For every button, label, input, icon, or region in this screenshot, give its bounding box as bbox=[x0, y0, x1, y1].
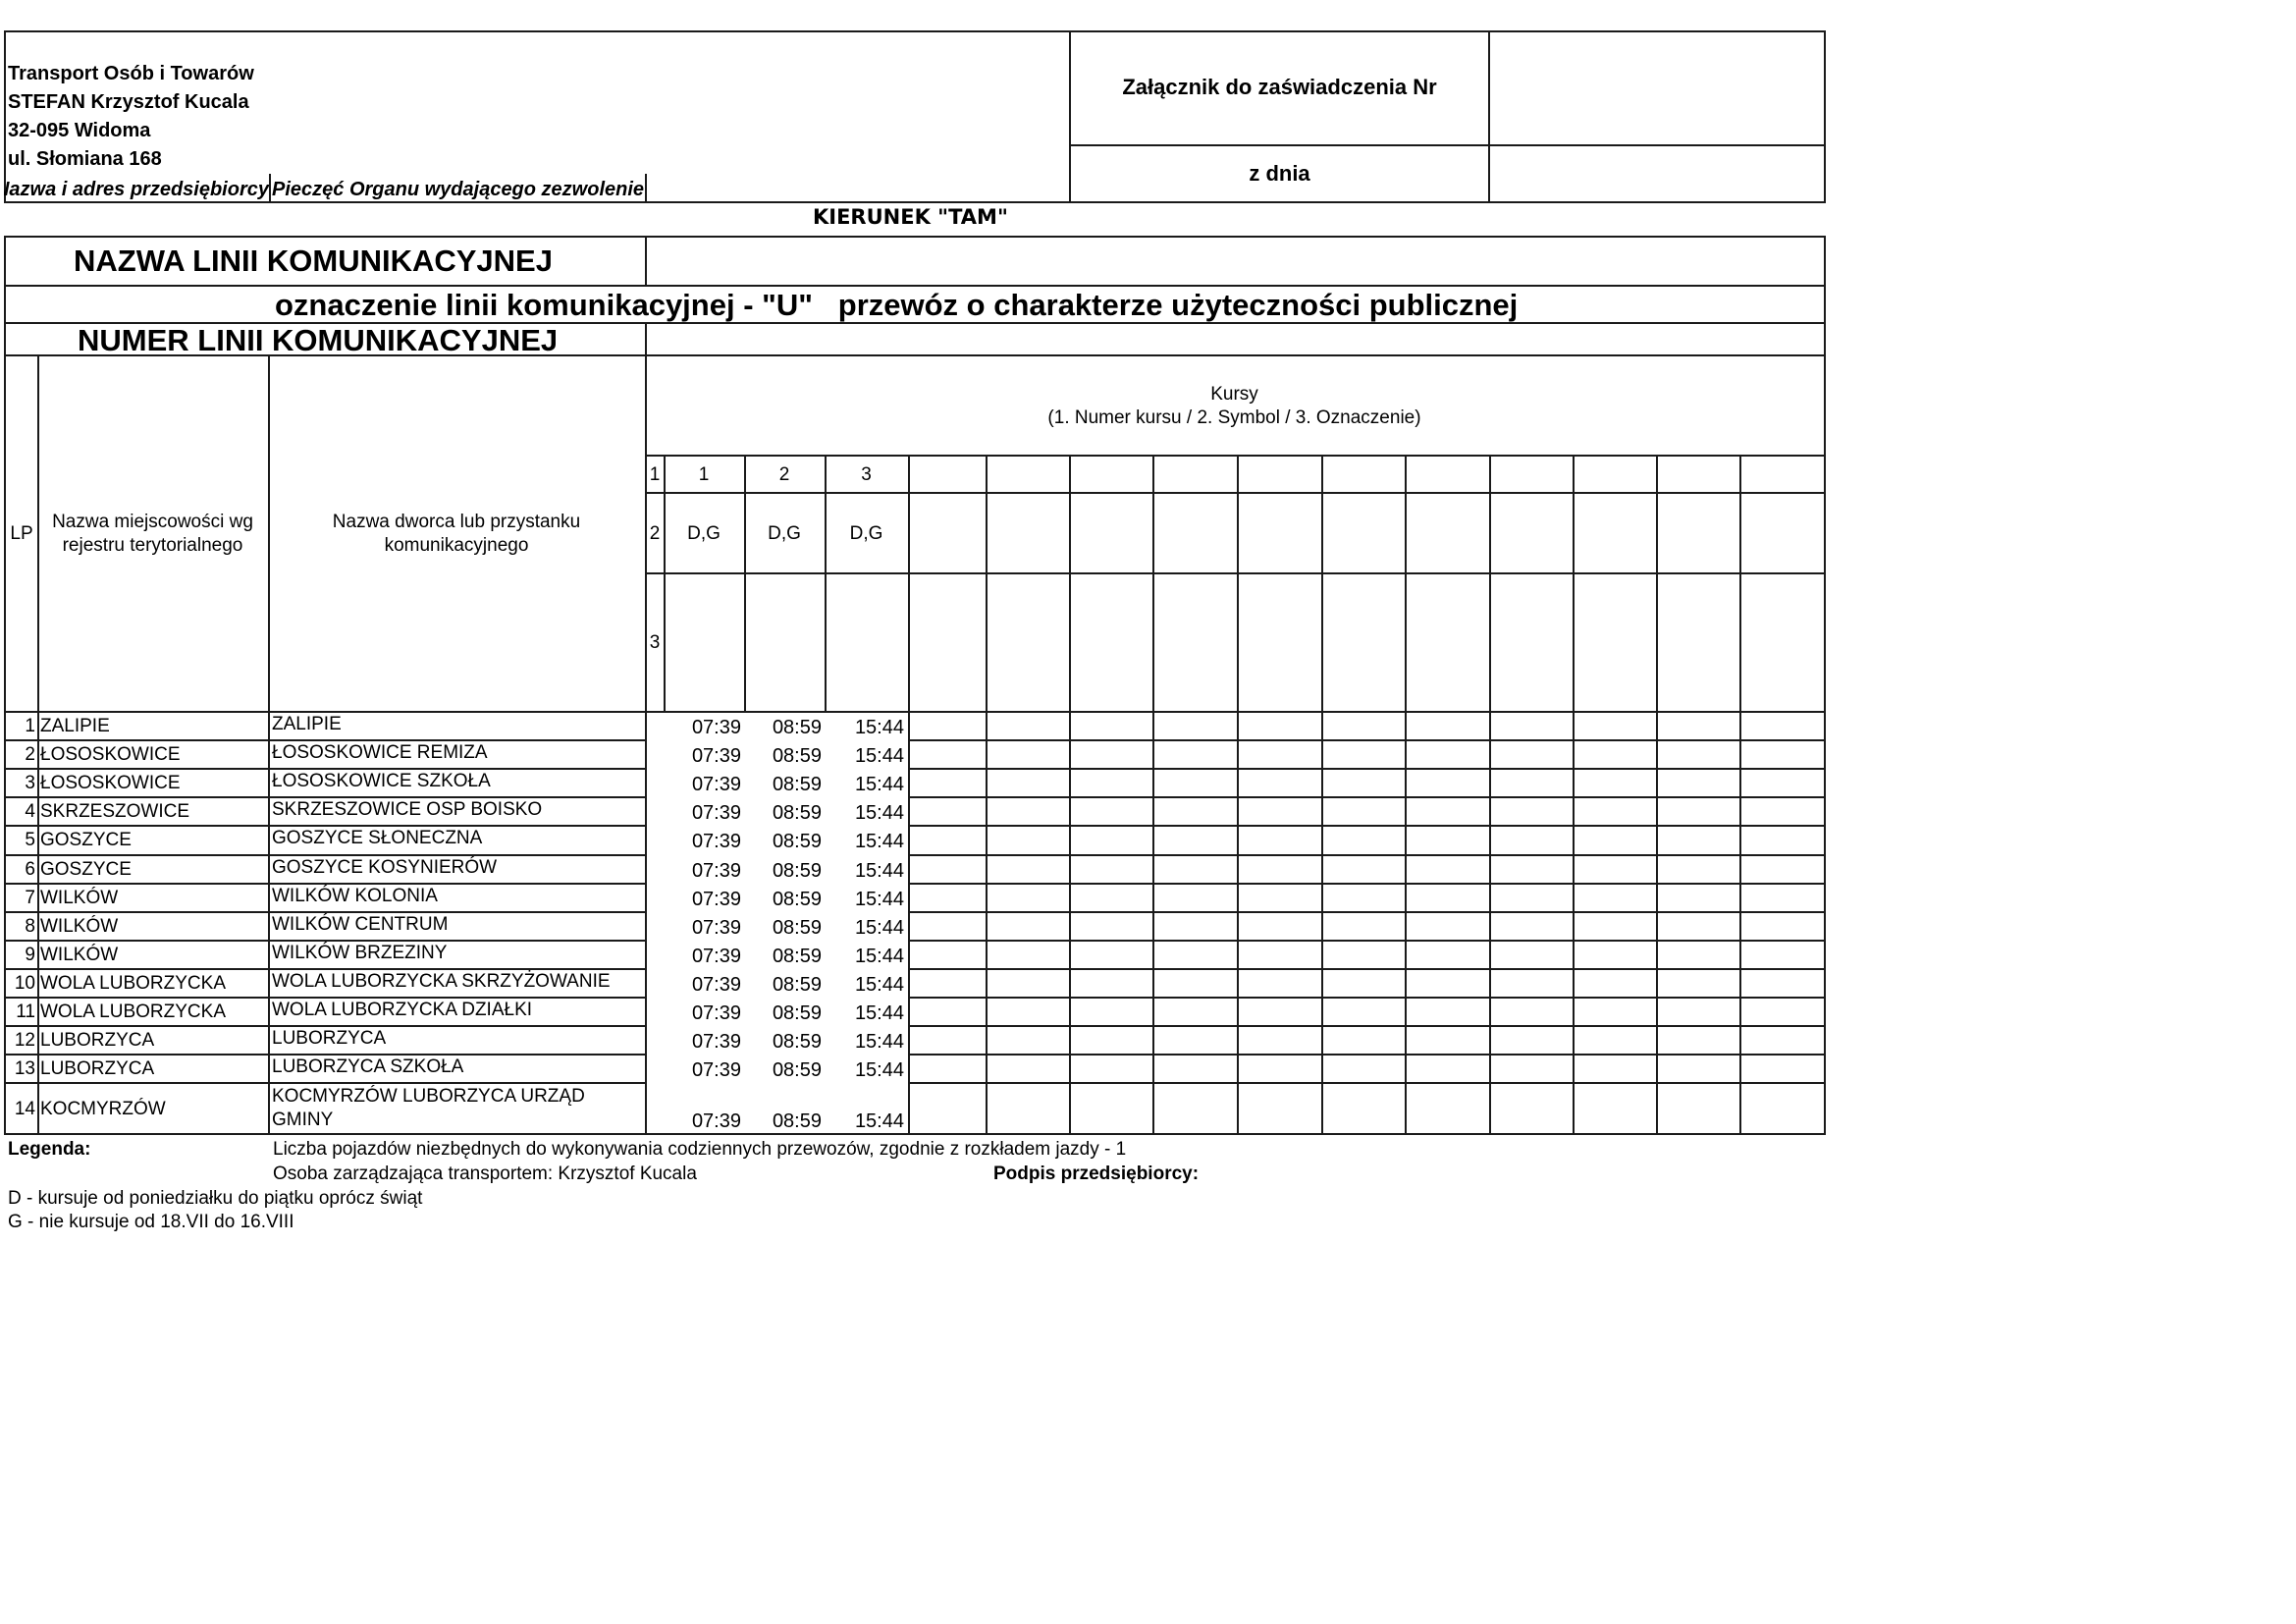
course-column-divider bbox=[1739, 455, 1741, 711]
row-lp: 11 bbox=[4, 1002, 35, 1021]
row-lp: 5 bbox=[4, 831, 35, 849]
legend-item-d: D - kursuje od poniedziałku do piątku op… bbox=[8, 1189, 422, 1208]
row-stop: LUBORZYCA SZKOŁA bbox=[272, 1057, 463, 1076]
row-divider bbox=[908, 1054, 1824, 1056]
course-column-divider bbox=[908, 455, 910, 711]
data-top-line bbox=[4, 711, 1824, 713]
line-number-divider bbox=[645, 322, 647, 355]
header-value-divider bbox=[1488, 30, 1490, 202]
row-locality: WOLA LUBORZYCKA bbox=[40, 974, 226, 993]
course-column-divider bbox=[1489, 455, 1491, 711]
row-stop: LUBORZYCA bbox=[272, 1029, 386, 1048]
column-divider bbox=[268, 354, 270, 1133]
departure-time: 07:39 bbox=[676, 1060, 741, 1080]
row-locality: GOSZYCE bbox=[40, 860, 132, 879]
row-divider bbox=[908, 1025, 1824, 1027]
row-stop: ZALIPIE bbox=[272, 715, 342, 733]
row-divider bbox=[908, 1082, 1824, 1084]
course-column-divider bbox=[1069, 455, 1071, 711]
departure-time: 07:39 bbox=[676, 947, 741, 966]
course-column-divider bbox=[986, 455, 988, 711]
course-column-divider bbox=[1573, 455, 1575, 711]
row-lp: 10 bbox=[4, 974, 35, 993]
company-address-line-1: 32-095 Widoma bbox=[8, 121, 150, 140]
row-divider bbox=[4, 739, 645, 741]
line-number-label: NUMER LINII KOMUNIKACYJNEJ bbox=[78, 325, 558, 355]
header-locality-line-1: Nazwa miejscowości wg bbox=[37, 511, 268, 534]
departure-time: 08:59 bbox=[757, 1060, 822, 1080]
departure-time: 15:44 bbox=[839, 775, 904, 794]
departure-time: 08:59 bbox=[757, 1003, 822, 1023]
row-divider bbox=[4, 940, 645, 942]
row-lp: 12 bbox=[4, 1031, 35, 1050]
course-header-divider bbox=[645, 572, 1824, 574]
course-symbol: D,G bbox=[664, 524, 744, 543]
manager-note: Osoba zarządzająca transportem: Krzyszto… bbox=[273, 1164, 697, 1183]
row-locality: KOCMYRZÓW bbox=[40, 1100, 166, 1118]
row-locality: GOSZYCE bbox=[40, 831, 132, 849]
attachment-date-label: z dnia bbox=[1071, 163, 1488, 185]
course-column-divider bbox=[1152, 455, 1154, 711]
departure-time: 15:44 bbox=[839, 1060, 904, 1080]
caption-stamp: Pieczęć Organu wydającego zezwolenie bbox=[272, 180, 644, 199]
course-column-divider bbox=[664, 455, 666, 711]
departure-time: 07:39 bbox=[676, 890, 741, 909]
departure-time: 08:59 bbox=[757, 1032, 822, 1052]
row-stop: ŁOSOSKOWICE SZKOŁA bbox=[272, 772, 491, 790]
departure-time: 15:44 bbox=[839, 746, 904, 766]
departure-time: 15:44 bbox=[839, 1032, 904, 1052]
course-column-divider bbox=[1237, 455, 1239, 711]
departure-time: 15:44 bbox=[839, 832, 904, 851]
caption-divider-1 bbox=[269, 174, 271, 201]
row-lp: 1 bbox=[4, 717, 35, 735]
course-column-divider bbox=[1152, 711, 1154, 1133]
row-stop: WILKÓW CENTRUM bbox=[272, 915, 448, 934]
vehicles-note: Liczba pojazdów niezbędnych do wykonywan… bbox=[273, 1140, 1126, 1159]
row-lp: 8 bbox=[4, 917, 35, 936]
row-lp: 2 bbox=[4, 745, 35, 764]
row-divider bbox=[4, 1054, 645, 1056]
departure-time: 15:44 bbox=[839, 718, 904, 737]
departure-time: 08:59 bbox=[757, 890, 822, 909]
caption-company: Nazwa i adres przedsiębiorcy bbox=[4, 180, 269, 199]
header-row-divider bbox=[1069, 144, 1824, 146]
departure-time: 07:39 bbox=[676, 832, 741, 851]
departure-time: 15:44 bbox=[839, 1003, 904, 1023]
departure-time: 07:39 bbox=[676, 975, 741, 995]
row-divider bbox=[4, 1082, 645, 1084]
header-courses-subtitle: (1. Numer kursu / 2. Symbol / 3. Oznacze… bbox=[645, 406, 1824, 430]
legend-item-g: G - nie kursuje od 18.VII do 16.VIII bbox=[8, 1213, 294, 1231]
row-divider bbox=[908, 968, 1824, 970]
row-divider bbox=[908, 768, 1824, 770]
row-divider bbox=[908, 911, 1824, 913]
row-divider bbox=[4, 796, 645, 798]
line-info-divider-1 bbox=[4, 285, 1826, 287]
row-divider bbox=[4, 1025, 645, 1027]
header-stop-line-1: Nazwa dworca lub przystanku bbox=[268, 511, 645, 534]
course-header-divider bbox=[645, 455, 1824, 457]
course-column-divider bbox=[825, 455, 827, 711]
row-divider bbox=[4, 911, 645, 913]
header-courses-title: Kursy bbox=[645, 383, 1824, 406]
row-stop: GMINY bbox=[272, 1110, 333, 1129]
departure-time: 08:59 bbox=[757, 718, 822, 737]
row-lp: 7 bbox=[4, 889, 35, 907]
row-locality: WILKÓW bbox=[40, 917, 118, 936]
course-column-divider bbox=[1405, 455, 1407, 711]
departure-time: 15:44 bbox=[839, 890, 904, 909]
row-divider bbox=[4, 997, 645, 999]
header-locality: Nazwa miejscowości wg rejestru terytoria… bbox=[37, 511, 268, 558]
departure-time: 07:39 bbox=[676, 746, 741, 766]
departure-time: 07:39 bbox=[676, 718, 741, 737]
departure-time: 07:39 bbox=[676, 918, 741, 938]
departure-time: 08:59 bbox=[757, 832, 822, 851]
row-lp: 4 bbox=[4, 802, 35, 821]
course-column-divider bbox=[986, 711, 988, 1133]
line-name-label: NAZWA LINII KOMUNIKACYJNEJ bbox=[74, 245, 553, 276]
row-divider bbox=[908, 739, 1824, 741]
departure-time: 08:59 bbox=[757, 746, 822, 766]
row-divider bbox=[908, 796, 1824, 798]
row-divider bbox=[908, 883, 1824, 885]
row-lp: 14 bbox=[4, 1100, 35, 1118]
row-lp: 9 bbox=[4, 946, 35, 964]
row-divider bbox=[4, 825, 645, 827]
header-courses: Kursy (1. Numer kursu / 2. Symbol / 3. O… bbox=[645, 383, 1824, 430]
departure-time: 07:39 bbox=[676, 1111, 741, 1131]
course-header-divider bbox=[645, 492, 1824, 494]
company-name-line-1: Transport Osób i Towarów bbox=[8, 64, 254, 83]
header-box bbox=[4, 30, 1826, 203]
row-stop: KOCMYRZÓW LUBORZYCA URZĄD bbox=[272, 1087, 585, 1106]
departure-time: 07:39 bbox=[676, 1032, 741, 1052]
departure-time: 08:59 bbox=[757, 803, 822, 823]
caption-name-cell: Nazwa i adres przedsiębiorcy bbox=[4, 174, 269, 201]
row-locality: ZALIPIE bbox=[40, 717, 110, 735]
course-column-divider bbox=[1321, 455, 1323, 711]
row-stop: WOLA LUBORZYCKA SKRZYŻOWANIE bbox=[272, 972, 611, 991]
row-locality: WILKÓW bbox=[40, 946, 118, 964]
row-locality: WILKÓW bbox=[40, 889, 118, 907]
course-column-divider bbox=[908, 711, 910, 1133]
header-stop: Nazwa dworca lub przystanku komunikacyjn… bbox=[268, 511, 645, 558]
row-locality: LUBORZYCA bbox=[40, 1059, 154, 1078]
row-lp: 13 bbox=[4, 1059, 35, 1078]
row-lp: 3 bbox=[4, 774, 35, 792]
departure-time: 08:59 bbox=[757, 1111, 822, 1131]
departure-time: 07:39 bbox=[676, 803, 741, 823]
course-number: 3 bbox=[825, 465, 908, 484]
row-divider bbox=[908, 825, 1824, 827]
course-column-divider bbox=[1405, 711, 1407, 1133]
row-stop: SKRZESZOWICE OSP BOISKO bbox=[272, 800, 542, 819]
row-stop: GOSZYCE SŁONECZNA bbox=[272, 829, 482, 847]
line-designation: oznaczenie linii komunikacyjnej - "U" pr… bbox=[275, 290, 1518, 320]
legend-label: Legenda: bbox=[8, 1140, 90, 1159]
header-locality-line-2: rejestru terytorialnego bbox=[37, 534, 268, 558]
row-lp: 6 bbox=[4, 860, 35, 879]
departure-time: 15:44 bbox=[839, 975, 904, 995]
departure-time: 08:59 bbox=[757, 861, 822, 881]
row-divider bbox=[4, 768, 645, 770]
course-symbol: D,G bbox=[825, 524, 908, 543]
departure-time: 08:59 bbox=[757, 775, 822, 794]
column-divider bbox=[37, 354, 39, 1133]
caption-divider-2 bbox=[645, 174, 647, 201]
row-divider bbox=[4, 854, 645, 856]
departure-time: 07:39 bbox=[676, 861, 741, 881]
course-number: 2 bbox=[744, 465, 825, 484]
course-column-divider bbox=[1237, 711, 1239, 1133]
course-column-divider bbox=[1739, 711, 1741, 1133]
row-divider bbox=[908, 854, 1824, 856]
row-divider bbox=[4, 968, 645, 970]
course-column-divider bbox=[1489, 711, 1491, 1133]
departure-time: 15:44 bbox=[839, 803, 904, 823]
course-column-divider bbox=[1656, 711, 1658, 1133]
departure-time: 15:44 bbox=[839, 918, 904, 938]
row-locality: ŁOSOSKOWICE bbox=[40, 774, 181, 792]
departure-time: 07:39 bbox=[676, 1003, 741, 1023]
course-column-divider bbox=[1069, 711, 1071, 1133]
row-divider bbox=[908, 940, 1824, 942]
course-column-divider bbox=[1321, 711, 1323, 1133]
course-number: 1 bbox=[664, 465, 744, 484]
row-locality: LUBORZYCA bbox=[40, 1031, 154, 1050]
departure-time: 07:39 bbox=[676, 775, 741, 794]
row-stop: GOSZYCE KOSYNIERÓW bbox=[272, 858, 497, 877]
row-label-designation: 3 bbox=[646, 633, 664, 652]
signature-label: Podpis przedsiębiorcy: bbox=[993, 1164, 1199, 1183]
header-stop-line-2: komunikacyjnego bbox=[268, 534, 645, 558]
row-stop: WILKÓW BRZEZINY bbox=[272, 944, 447, 962]
course-column-divider bbox=[1656, 455, 1658, 711]
row-label-course-number: 1 bbox=[646, 465, 664, 484]
departure-time: 15:44 bbox=[839, 1111, 904, 1131]
row-label-symbol: 2 bbox=[646, 524, 664, 543]
attachment-label: Załącznik do zaświadczenia Nr bbox=[1071, 77, 1488, 98]
departure-time: 15:44 bbox=[839, 861, 904, 881]
direction-label: KIERUNEK "TAM" bbox=[813, 207, 1008, 228]
company-address-line-2: ul. Słomiana 168 bbox=[8, 149, 162, 169]
line-name-divider bbox=[645, 236, 647, 285]
row-locality: SKRZESZOWICE bbox=[40, 802, 189, 821]
row-divider bbox=[908, 997, 1824, 999]
row-stop: ŁOSOSKOWICE REMIZA bbox=[272, 743, 488, 762]
row-stop: WILKÓW KOLONIA bbox=[272, 887, 438, 905]
row-locality: WOLA LUBORZYCKA bbox=[40, 1002, 226, 1021]
company-name-line-2: STEFAN Krzysztof Kucala bbox=[8, 92, 249, 112]
row-stop: WOLA LUBORZYCKA DZIAŁKI bbox=[272, 1001, 532, 1019]
course-column-divider bbox=[744, 455, 746, 711]
header-lp: LP bbox=[6, 524, 37, 543]
departure-time: 08:59 bbox=[757, 947, 822, 966]
row-locality: ŁOSOSKOWICE bbox=[40, 745, 181, 764]
departure-time: 08:59 bbox=[757, 918, 822, 938]
departure-time: 15:44 bbox=[839, 947, 904, 966]
course-symbol: D,G bbox=[744, 524, 825, 543]
row-divider bbox=[4, 883, 645, 885]
course-column-divider bbox=[1573, 711, 1575, 1133]
departure-time: 08:59 bbox=[757, 975, 822, 995]
